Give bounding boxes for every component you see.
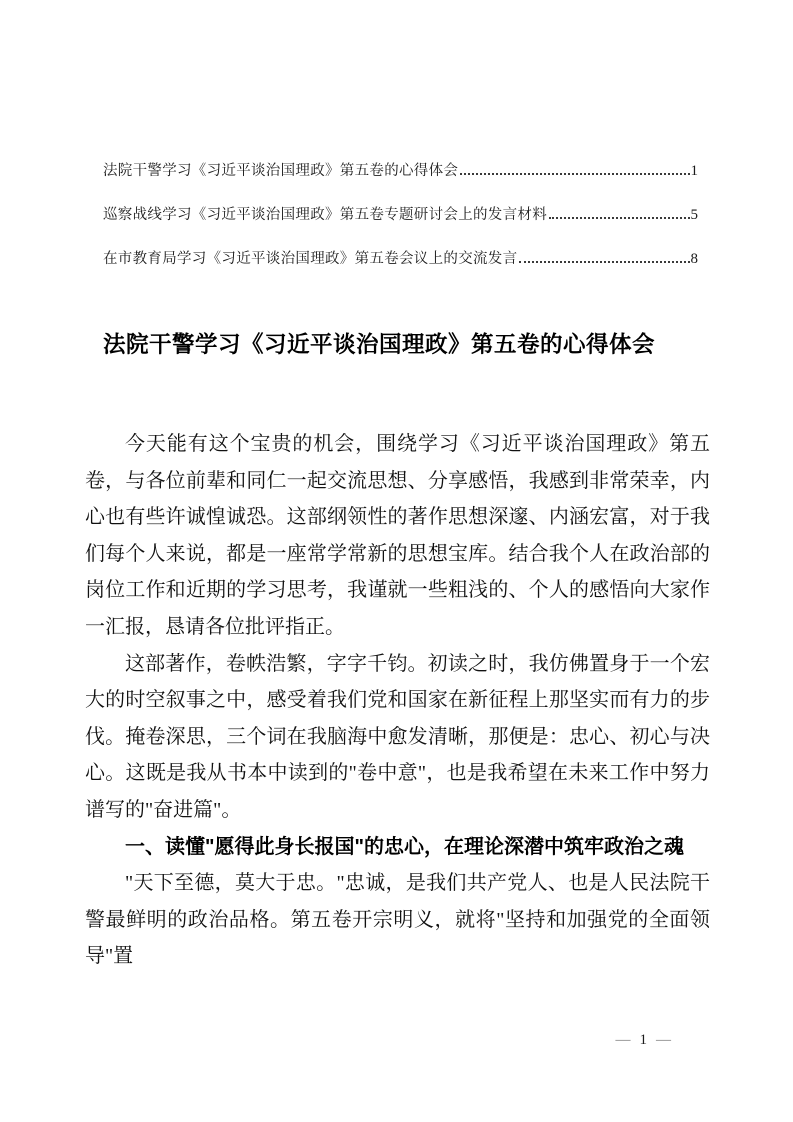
paragraph-2: 这部著作，卷帙浩繁，字字千钧。初读之时，我仿佛置身于一个宏大的时空叙事之中，感受… — [85, 646, 710, 829]
toc-entry-title: 在市教育局学习《习近平谈治国理政》第五卷会议上的交流发言 — [103, 237, 517, 281]
toc-entry-2[interactable]: 巡察战线学习《习近平谈治国理政》第五卷专题研讨会上的发言材料 5 — [85, 193, 710, 237]
paragraph-3: "天下至德，莫大于忠。"忠诚，是我们共产党人、也是人民法院干警最鲜明的政治品格。… — [85, 865, 710, 975]
toc-page-number: 8 — [691, 237, 699, 281]
section-heading-1: 一、读懂"愿得此身长报国"的忠心，在理论深潜中筑牢政治之魂 — [85, 829, 710, 866]
toc-dot-leader — [549, 217, 690, 219]
toc-entry-title: 巡察战线学习《习近平谈治国理政》第五卷专题研讨会上的发言材料 — [103, 193, 547, 237]
toc-entry-title: 法院干警学习《习近平谈治国理政》第五卷的心得体会 — [103, 149, 458, 193]
article-title: 法院干警学习《习近平谈治国理政》第五卷的心得体会 — [85, 329, 710, 360]
footer-page-number: 1 — [640, 1032, 648, 1048]
page-footer: —1— — [616, 1030, 672, 1050]
toc-page-number: 5 — [691, 193, 699, 237]
toc-entry-3[interactable]: 在市教育局学习《习近平谈治国理政》第五卷会议上的交流发言 8 — [85, 237, 710, 281]
paragraph-1: 今天能有这个宝贵的机会，围绕学习《习近平谈治国理政》第五卷，与各位前辈和同仁一起… — [85, 426, 710, 646]
toc-dot-leader — [519, 261, 689, 263]
document-page: 法院干警学习《习近平谈治国理政》第五卷的心得体会 1 巡察战线学习《习近平谈治国… — [0, 0, 793, 1122]
toc-entry-1[interactable]: 法院干警学习《习近平谈治国理政》第五卷的心得体会 1 — [85, 149, 710, 193]
table-of-contents: 法院干警学习《习近平谈治国理政》第五卷的心得体会 1 巡察战线学习《习近平谈治国… — [85, 0, 710, 281]
footer-left-dash: — — [616, 1032, 631, 1048]
footer-right-dash: — — [656, 1032, 671, 1048]
article-body: 今天能有这个宝贵的机会，围绕学习《习近平谈治国理政》第五卷，与各位前辈和同仁一起… — [85, 426, 710, 975]
toc-dot-leader — [460, 173, 689, 175]
toc-page-number: 1 — [691, 149, 699, 193]
